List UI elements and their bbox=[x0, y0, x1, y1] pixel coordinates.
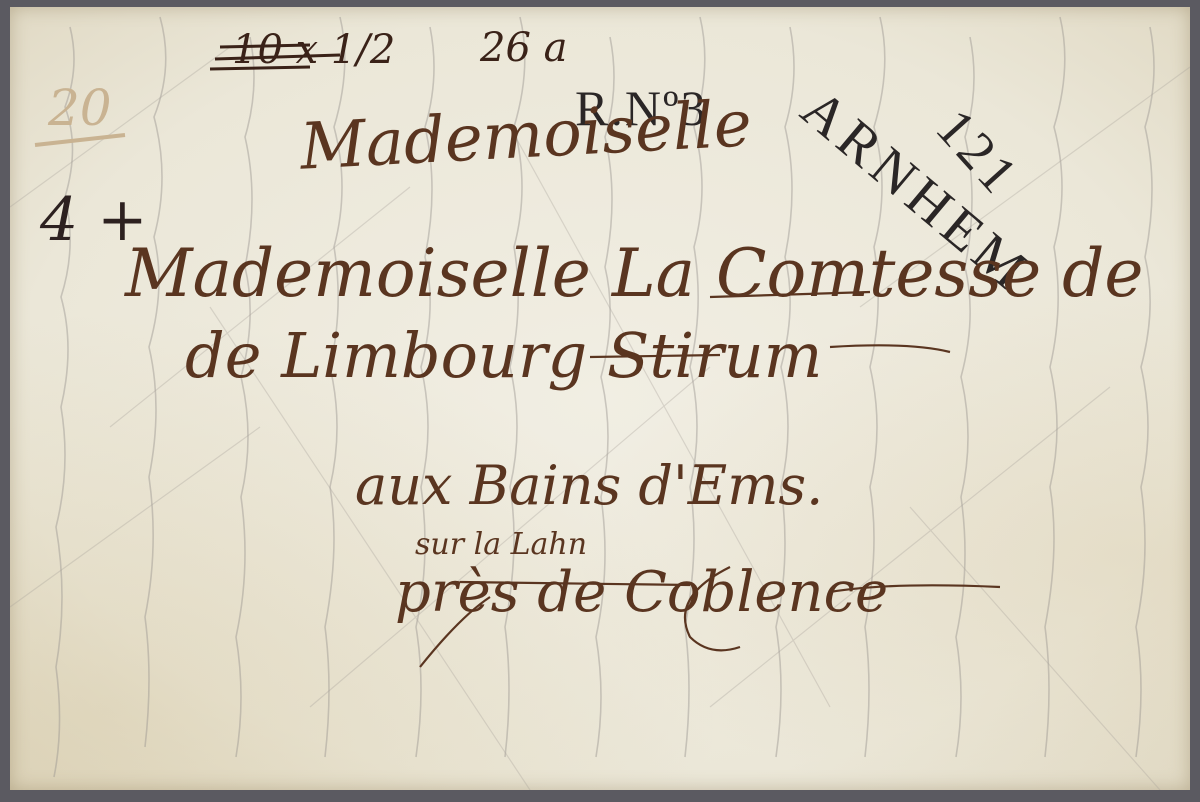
address-destination-line: aux Bains d'Ems. bbox=[355, 454, 823, 517]
address-river-line: sur la Lahn bbox=[415, 527, 587, 562]
letter-sheet: 20 4 + 10 x 1/2 26 a R.Nº3 ARNHEM 121 Ma… bbox=[10, 7, 1190, 790]
rate-marking-top: 26 a bbox=[480, 25, 567, 71]
address-recipient-line: Mademoiselle La Comtesse de bbox=[125, 235, 1144, 312]
address-family-line: de Limbourg Stirum bbox=[185, 319, 822, 392]
rate-marking-struck: 10 x 1/2 bbox=[232, 27, 395, 73]
rate-marking-faded: 20 bbox=[48, 79, 112, 137]
address-region-line: près de Coblence bbox=[395, 560, 888, 625]
